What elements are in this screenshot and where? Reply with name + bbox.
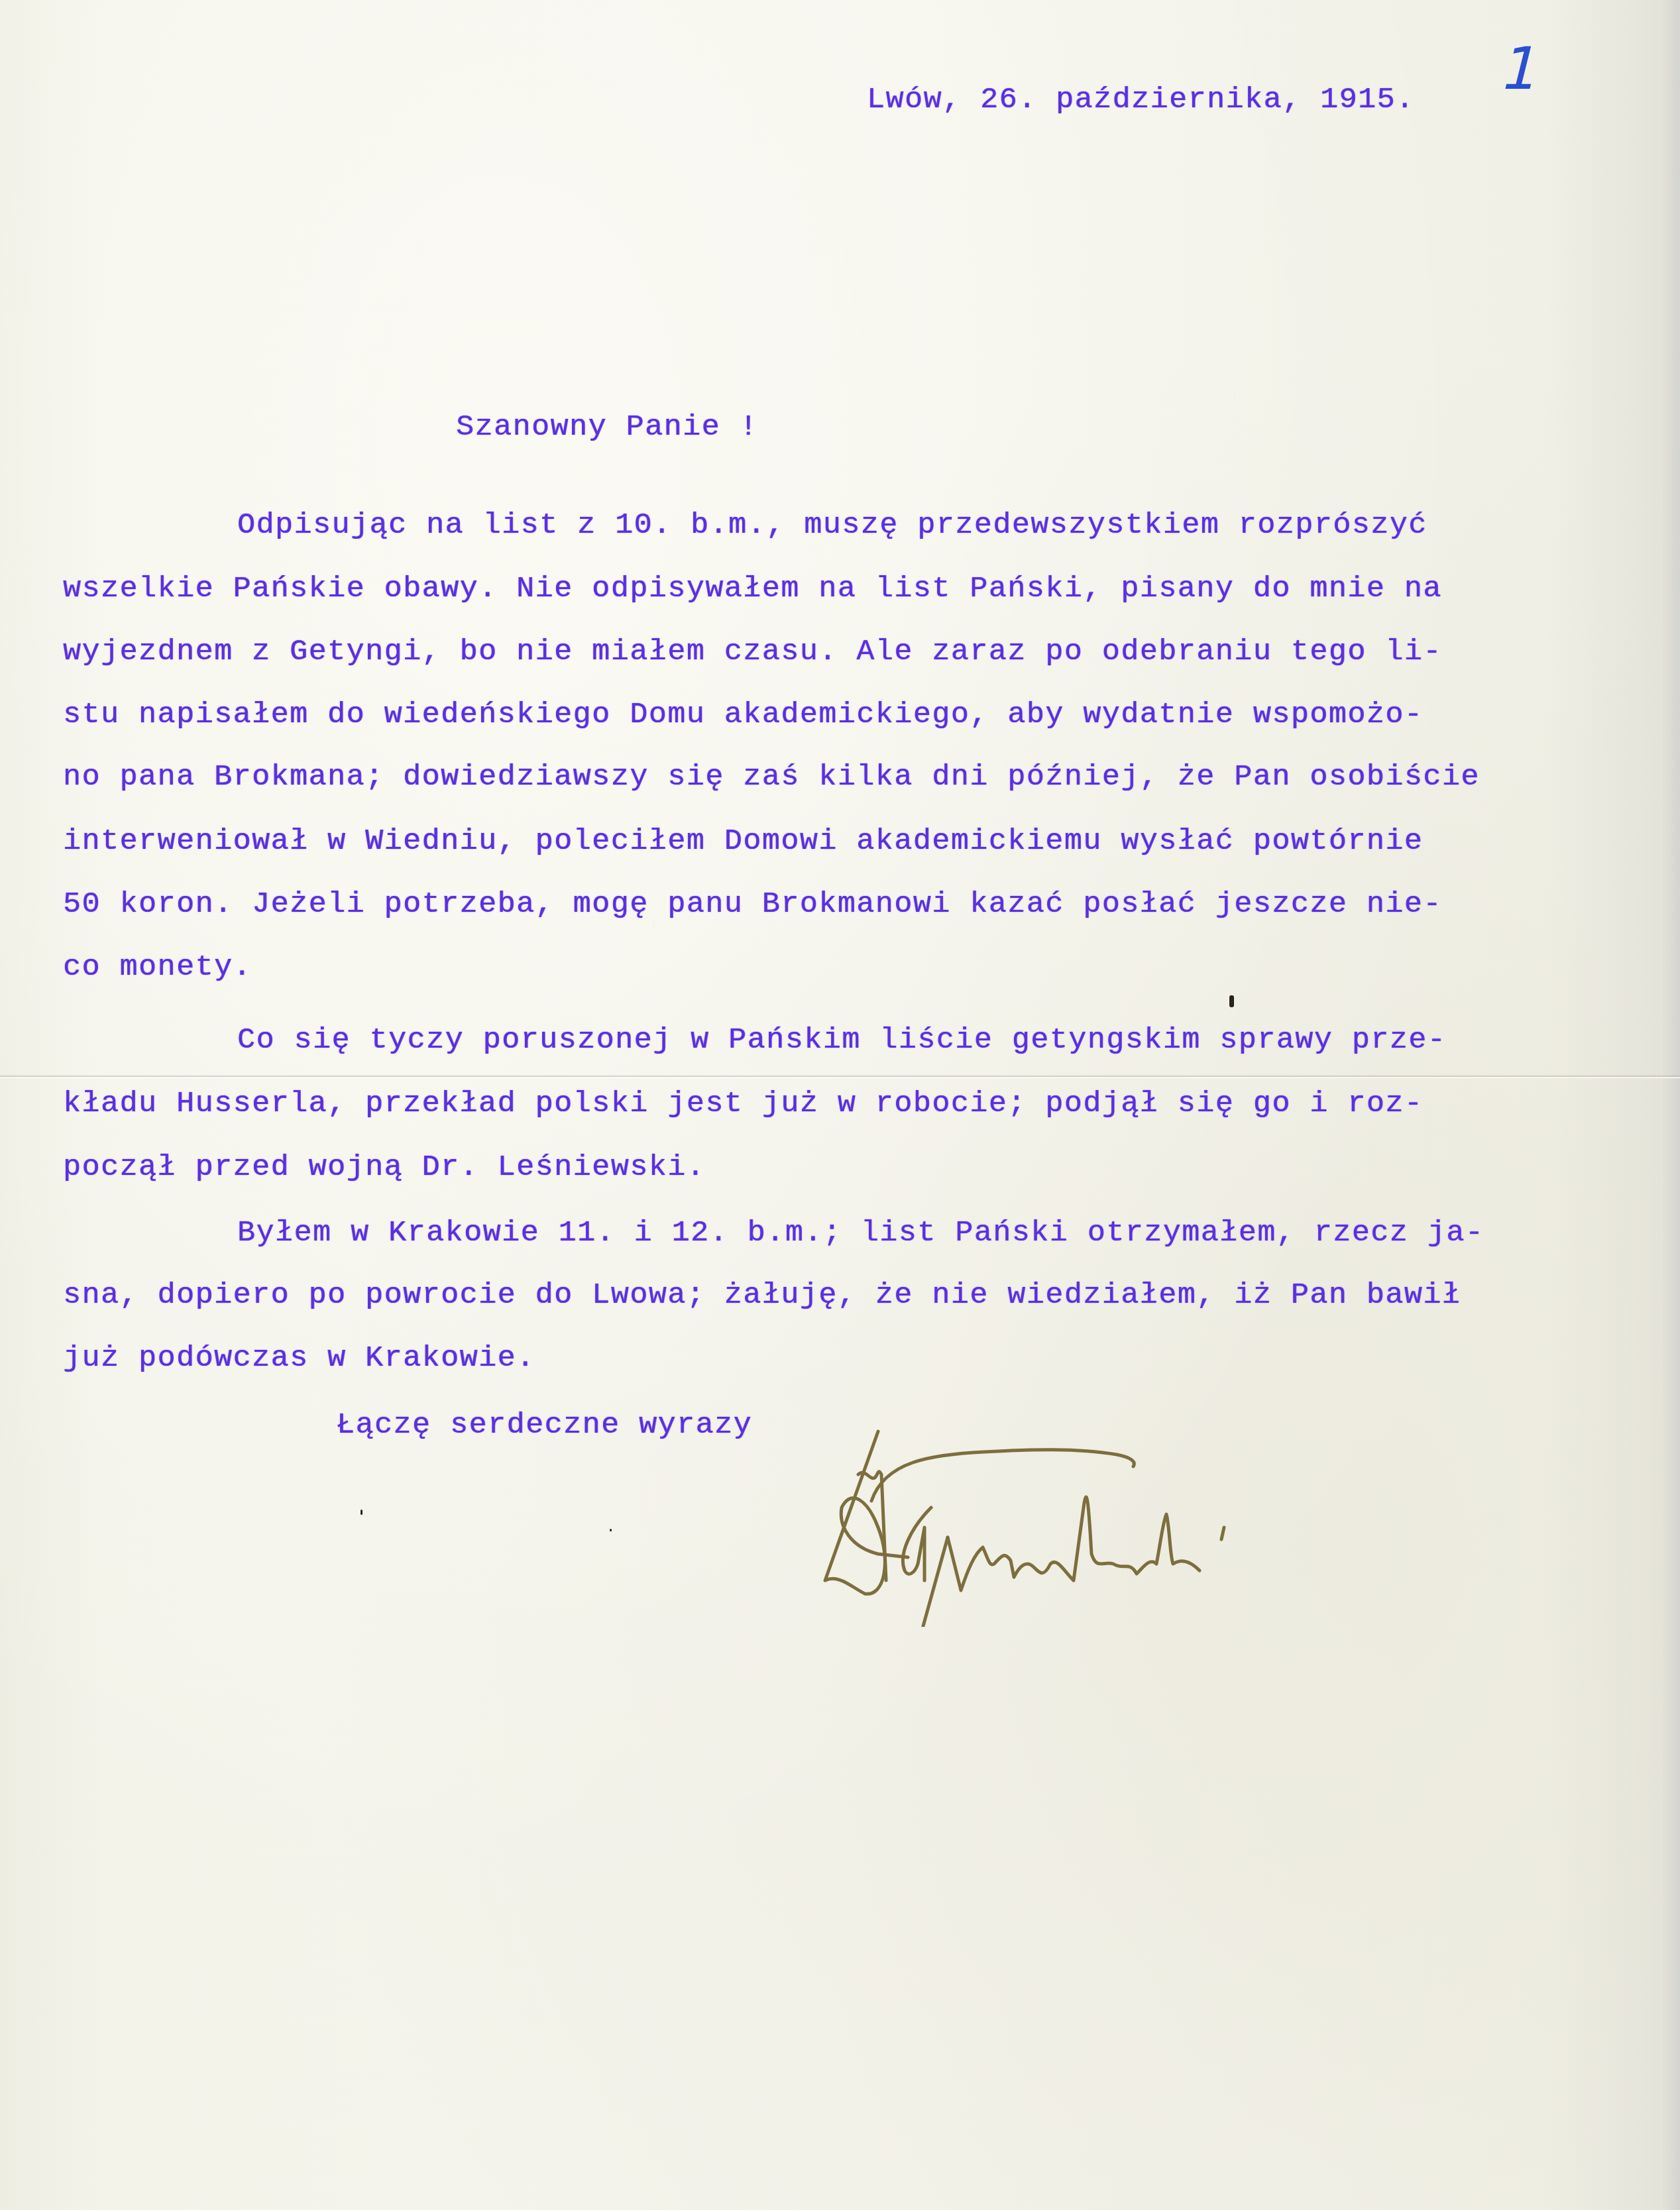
paragraph-2-line-2: kładu Husserla, przekład polski jest już… <box>63 1089 1423 1119</box>
paragraph-1-line-1: Odpisując na list z 10. b.m., muszę prze… <box>237 510 1428 540</box>
paragraph-1-line-4: stu napisałem do wiedeńskiego Domu akade… <box>63 700 1423 730</box>
salutation: Szanowny Panie ! <box>456 412 758 442</box>
paragraph-3-line-2: sna, dopiero po powrocie do Lwowa; żałuj… <box>63 1280 1461 1310</box>
fold-crease <box>0 1075 1680 1079</box>
paragraph-1-line-5: no pana Brokmana; dowiedziawszy się zaś … <box>63 762 1480 792</box>
stray-mark <box>361 1510 363 1515</box>
paragraph-1-line-7: 50 koron. Jeżeli potrzeba, mogę panu Bro… <box>63 889 1442 919</box>
paper-edge-shadow <box>1661 0 1680 2210</box>
paragraph-1-line-6: interweniował w Wiedniu, poleciłem Domow… <box>63 826 1423 856</box>
ink-blot <box>1229 995 1234 1007</box>
date-line: Lwów, 26. października, 1915. <box>867 85 1415 115</box>
handwritten-signature <box>812 1428 1355 1627</box>
stray-mark <box>610 1529 612 1531</box>
paragraph-1-line-8: co monety. <box>63 952 252 982</box>
closing-line: Łączę serdeczne wyrazy <box>337 1410 752 1440</box>
paragraph-3-line-3: już podówczas w Krakowie. <box>63 1343 535 1373</box>
paragraph-2-line-1: Co się tyczy poruszonej w Pańskim liście… <box>237 1025 1446 1055</box>
paragraph-1-line-2: wszelkie Pańskie obawy. Nie odpisywałem … <box>63 574 1442 604</box>
paragraph-2-line-3: począł przed wojną Dr. Leśniewski. <box>63 1152 705 1182</box>
paragraph-1-line-3: wyjezdnem z Getyngi, bo nie miałem czasu… <box>63 637 1442 667</box>
paragraph-3-line-1: Byłem w Krakowie 11. i 12. b.m.; list Pa… <box>237 1218 1484 1248</box>
